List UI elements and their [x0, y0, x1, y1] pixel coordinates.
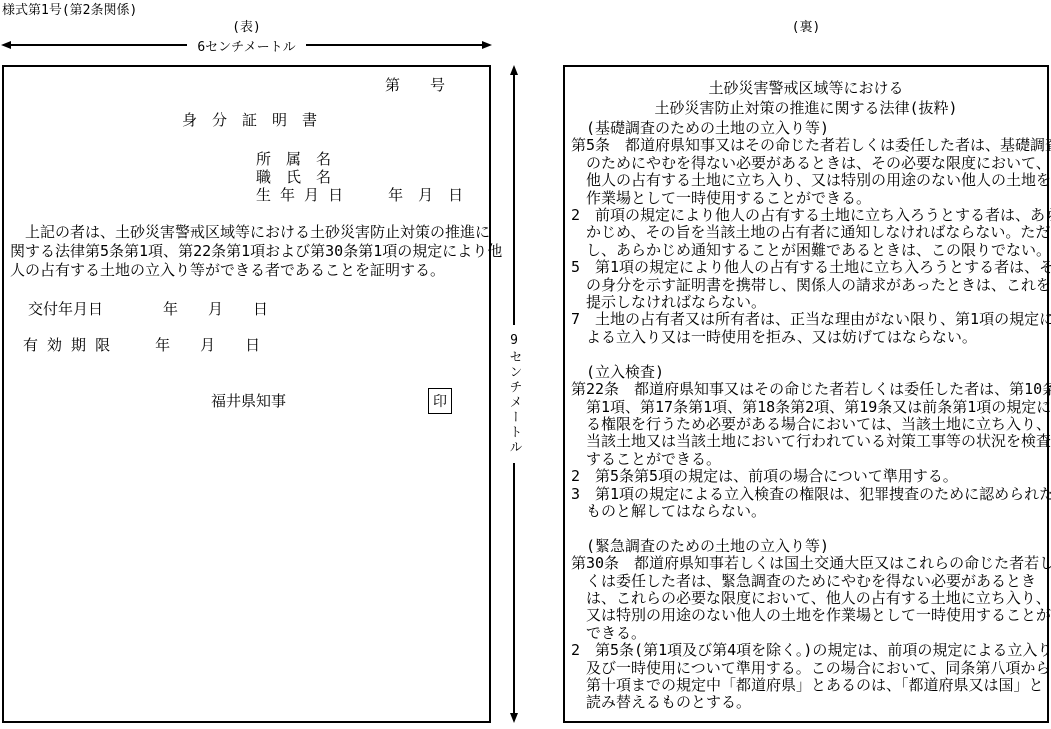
form-page: 様式第1号(第2条関係) (表) (裏) 6センチメートル 第 号 身 分 証 … — [0, 0, 1051, 729]
arrow-line — [513, 75, 515, 325]
back-side-label: (裏) — [563, 20, 1049, 35]
issuer-name: 福井県知事 — [211, 392, 286, 411]
height-arrow-label: 9センチメートル — [505, 325, 524, 463]
width-arrow-label: 6センチメートル — [187, 36, 305, 55]
width-arrow: 6センチメートル — [1, 37, 492, 53]
front-side-label: (表) — [2, 20, 491, 35]
front-card: 第 号 身 分 証 明 書 所 属 名 職 氏 名 生 年 月 日 年 月 日 … — [2, 65, 491, 723]
affiliation-field: 所 属 名 — [256, 150, 331, 169]
arrow-line — [513, 463, 515, 713]
birthdate-field: 生 年 月 日 年 月 日 — [256, 186, 463, 205]
arrow-line — [11, 44, 187, 46]
seal-mark: 印 — [428, 388, 452, 414]
arrow-line — [306, 44, 482, 46]
name-field: 職 氏 名 — [256, 168, 331, 187]
law-body: (基礎調査のための土地の立入り等) 第5条 都道府県知事又はその命じた者若しくは… — [571, 120, 1051, 712]
left-arrowhead-icon — [1, 41, 11, 49]
expiry-date-field: 有 効 期 限 年 月 日 — [23, 336, 260, 355]
law-title-line2: 土砂災害防止対策の推進に関する法律(抜粋) — [565, 98, 1047, 118]
up-arrowhead-icon — [510, 65, 518, 75]
form-label: 様式第1号(第2条関係) — [2, 3, 137, 18]
issue-date-field: 交付年月日 年 月 日 — [28, 300, 268, 319]
height-arrow: 9センチメートル — [505, 65, 523, 723]
law-title-line1: 土砂災害警戒区域等における — [565, 78, 1047, 98]
back-card: 土砂災害警戒区域等における 土砂災害防止対策の推進に関する法律(抜粋) (基礎調… — [563, 65, 1049, 723]
certificate-body: 上記の者は、土砂災害警戒区域等における土砂災害防止対策の推進に 関する法律第5条… — [10, 223, 502, 280]
down-arrowhead-icon — [510, 713, 518, 723]
right-arrowhead-icon — [482, 41, 492, 49]
certificate-number: 第 号 — [385, 76, 445, 95]
certificate-title: 身 分 証 明 書 — [182, 111, 317, 130]
